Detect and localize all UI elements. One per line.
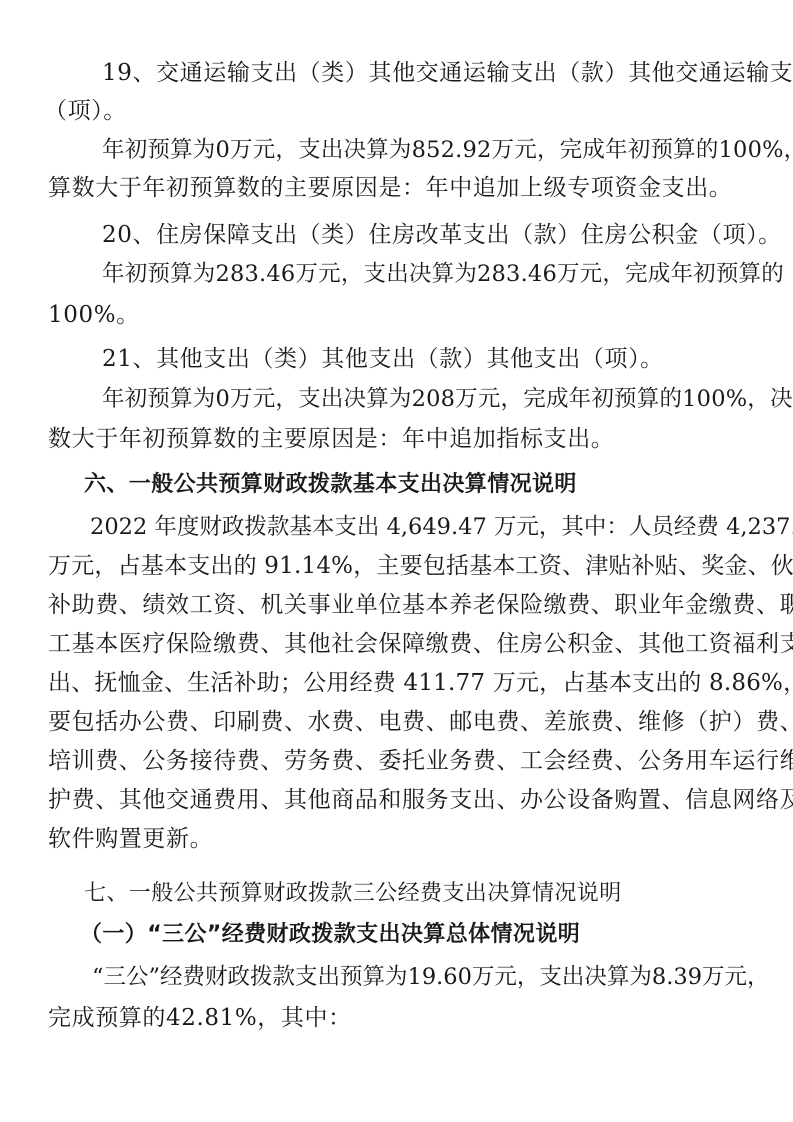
- item-21-title: 21、其他支出（类）其他支出（款）其他支出（项）。: [102, 344, 664, 374]
- section-6-body-line-3: 补助费、绩效工资、机关事业单位基本养老保险缴费、职业年金缴费、职: [48, 590, 793, 620]
- item-19-title-line-2: （项）。: [44, 96, 127, 126]
- section-7-body-line-1: “三公”经费财政拨款支出预算为19.60万元，支出决算为8.39万元，: [92, 962, 770, 992]
- item-21-body-line-1: 年初预算为0万元，支出决算为208万元，完成年初预算的100%，决算: [102, 384, 793, 414]
- document-page: 19、交通运输支出（类）其他交通运输支出（款）其他交通运输支出 （项）。 年初预…: [0, 0, 793, 1122]
- section-6-body-line-7: 培训费、公务接待费、劳务费、委托业务费、工会经费、公务用车运行维: [48, 746, 793, 776]
- section-7-heading: 七、一般公共预算财政拨款三公经费支出决算情况说明: [84, 879, 622, 909]
- section-6-body-line-4: 工基本医疗保险缴费、其他社会保障缴费、住房公积金、其他工资福利支: [48, 629, 793, 659]
- item-19-body-line-2: 算数大于年初预算数的主要原因是：年中追加上级专项资金支出。: [48, 173, 732, 203]
- section-6-body-line-9: 软件购置更新。: [48, 824, 213, 854]
- item-19-body-line-1: 年初预算为0万元，支出决算为852.92万元，完成年初预算的100%，决: [102, 135, 793, 165]
- item-19-title-line-1: 19、交通运输支出（类）其他交通运输支出（款）其他交通运输支出: [102, 58, 793, 88]
- section-6-body-line-5: 出、抚恤金、生活补助；公用经费 411.77 万元，占基本支出的 8.86%，主: [48, 668, 793, 698]
- section-7-subheading: （一）“三公”经费财政拨款支出决算总体情况说明: [80, 920, 580, 950]
- item-20-body-line-1: 年初预算为283.46万元，支出决算为283.46万元，完成年初预算的: [102, 259, 784, 289]
- item-20-title: 20、住房保障支出（类）住房改革支出（款）住房公积金（项）。: [102, 220, 782, 250]
- section-6-heading: 六、一般公共预算财政拨款基本支出决算情况说明: [84, 470, 577, 500]
- section-6-body-line-8: 护费、其他交通费用、其他商品和服务支出、办公设备购置、信息网络及: [48, 785, 793, 815]
- section-7-body-line-2: 完成预算的42.81%，其中：: [48, 1003, 352, 1033]
- item-21-body-line-2: 数大于年初预算数的主要原因是：年中追加指标支出。: [48, 424, 614, 454]
- section-6-body-line-1: 2022 年度财政拨款基本支出 4,649.47 万元，其中：人员经费 4,23…: [90, 512, 793, 542]
- section-6-body-line-6: 要包括办公费、印刷费、水费、电费、邮电费、差旅费、维修（护）费、: [48, 707, 793, 737]
- section-6-body-line-2: 万元，占基本支出的 91.14%，主要包括基本工资、津贴补贴、奖金、伙食: [48, 551, 793, 581]
- item-20-body-line-2: 100%。: [48, 300, 140, 330]
